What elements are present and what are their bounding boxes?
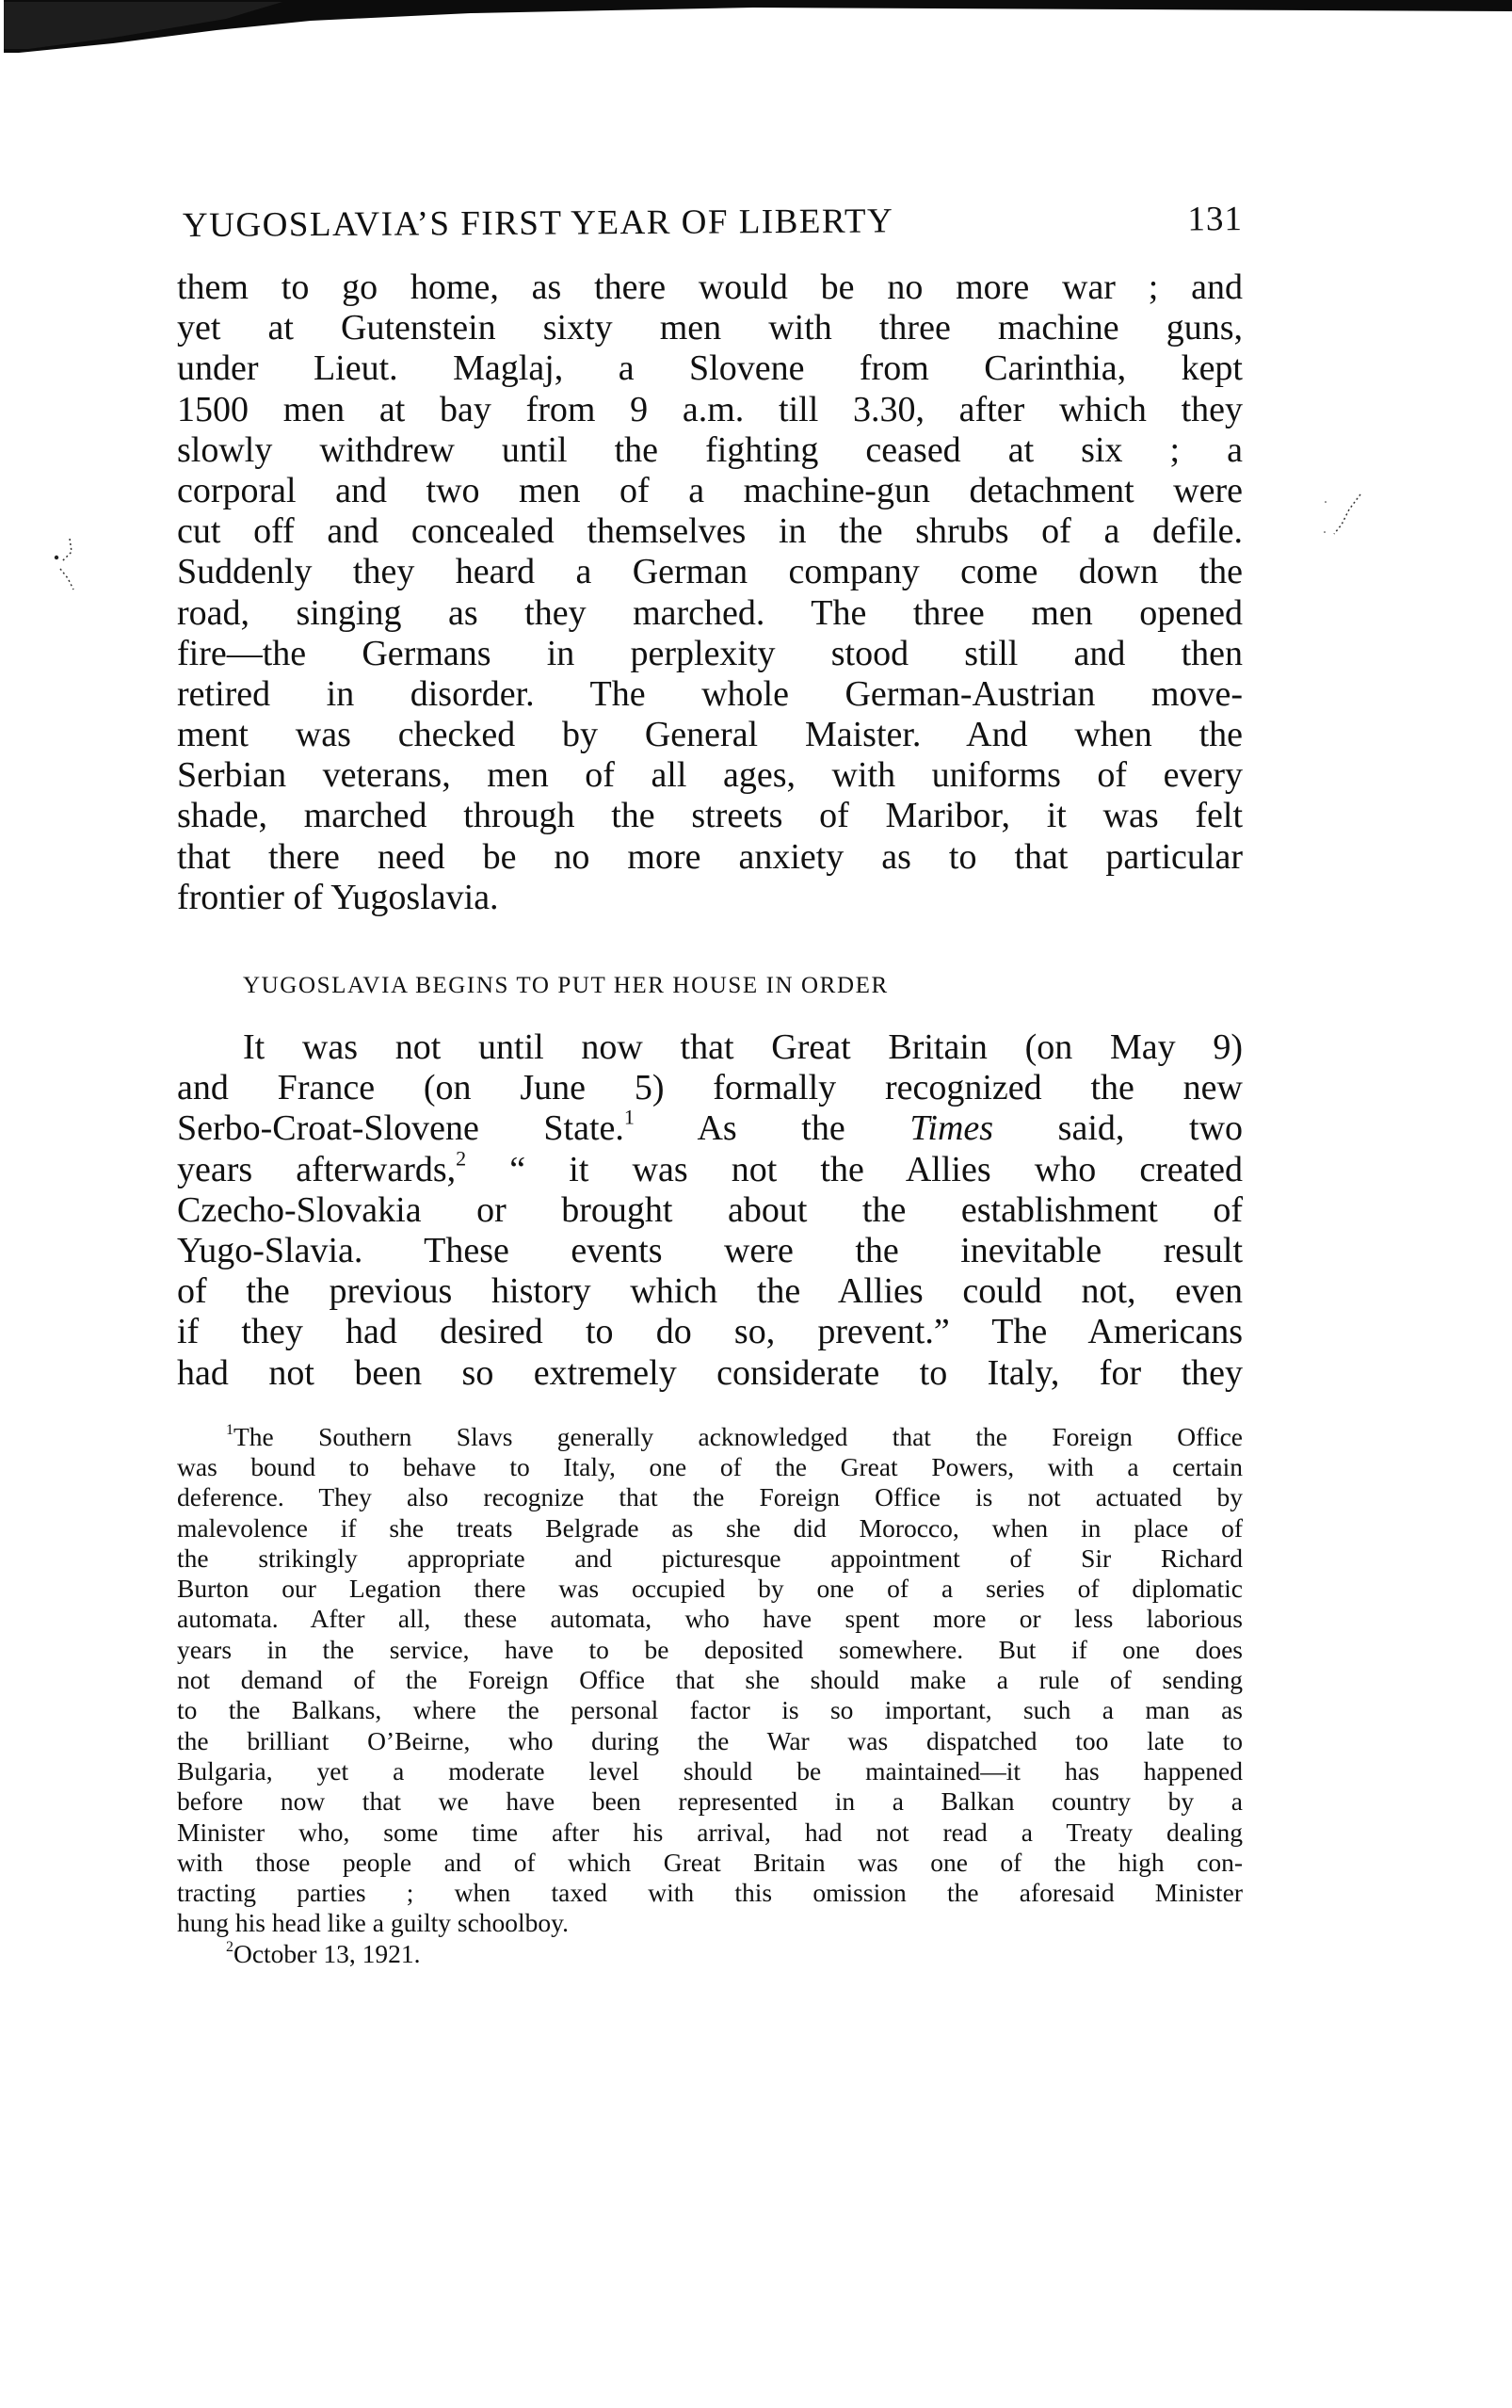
footnote-line: years in the service, have to be deposit… <box>177 1635 1243 1665</box>
footnote-line: automata. After all, these automata, who… <box>177 1604 1243 1634</box>
text-line: that there need be no more anxiety as to… <box>177 837 1243 878</box>
text-run: Serbo-Croat-Slovene State. <box>177 1108 624 1148</box>
footnote-line: deference. They also recognize that the … <box>177 1482 1243 1512</box>
text-line: Yugo-Slavia. These events were the inevi… <box>177 1231 1243 1271</box>
italic-title-times: Times <box>909 1108 993 1148</box>
text-line: retired in disorder. The whole German-Au… <box>177 674 1243 715</box>
text-run: said, two <box>993 1108 1243 1148</box>
text-line: years afterwards,2 “ it was not the Alli… <box>177 1150 1243 1190</box>
text-run: The Southern Slavs generally acknowledge… <box>233 1422 1243 1451</box>
footnotes: 1The Southern Slavs generally acknowledg… <box>177 1422 1243 1969</box>
footnote-2: 2October 13, 1921. <box>177 1939 1243 1969</box>
text-line: 1500 men at bay from 9 a.m. till 3.30, a… <box>177 390 1243 430</box>
footnote-1: 1The Southern Slavs generally acknowledg… <box>177 1422 1243 1939</box>
footnote-marker-2: 2 <box>226 1939 233 1955</box>
footnote-line: hung his head like a guilty schoolboy. <box>177 1908 1243 1938</box>
footnote-line: Bulgaria, yet a moderate level should be… <box>177 1756 1243 1786</box>
text-line: and France (on June 5) formally recogniz… <box>177 1068 1243 1108</box>
footnote-line: the brilliant O’Beirne, who during the W… <box>177 1726 1243 1756</box>
footnote-line: to the Balkans, where the personal facto… <box>177 1695 1243 1725</box>
text-line: Serbian veterans, men of all ages, with … <box>177 755 1243 796</box>
text-run: As the <box>635 1108 909 1148</box>
text-line: yet at Gutenstein sixty men with three m… <box>177 308 1243 348</box>
text-line: road, singing as they marched. The three… <box>177 593 1243 634</box>
scan-shadow-edge <box>0 0 1512 57</box>
paragraph-1: them to go home, as there would be no mo… <box>177 267 1243 918</box>
footnote-line: Burton our Legation there was occupied b… <box>177 1574 1243 1604</box>
text-line: Czecho-Slovakia or brought about the est… <box>177 1190 1243 1231</box>
footnote-line: the strikingly appropriate and picturesq… <box>177 1543 1243 1574</box>
text-line: cut off and concealed themselves in the … <box>177 511 1243 552</box>
text-run: years afterwards, <box>177 1150 456 1189</box>
book-page: YUGOSLAVIA’S FIRST YEAR OF LIBERTY 131 t… <box>177 205 1243 1969</box>
section-heading: YUGOSLAVIA BEGINS TO PUT HER HOUSE IN OR… <box>243 967 1243 1005</box>
footnote-line: with those people and of which Great Bri… <box>177 1848 1243 1878</box>
text-line: fire—the Germans in perplexity stood sti… <box>177 634 1243 674</box>
text-line: ment was checked by General Maister. And… <box>177 715 1243 755</box>
text-line: It was not until now that Great Britain … <box>177 1027 1243 1068</box>
footnote-line: malevolence if she treats Belgrade as sh… <box>177 1513 1243 1543</box>
paragraph-2: It was not until now that Great Britain … <box>177 1027 1243 1394</box>
text-line: them to go home, as there would be no mo… <box>177 267 1243 308</box>
text-line: slowly withdrew until the fighting cease… <box>177 430 1243 471</box>
footnote-line: was bound to behave to Italy, one of the… <box>177 1452 1243 1482</box>
running-header: YUGOSLAVIA’S FIRST YEAR OF LIBERTY 131 <box>183 199 1243 258</box>
footnote-line: before now that we have been represented… <box>177 1786 1243 1817</box>
footnote-text: October 13, 1921. <box>233 1939 421 1968</box>
text-line: frontier of Yugoslavia. <box>177 878 1243 918</box>
footnote-line: not demand of the Foreign Office that sh… <box>177 1665 1243 1695</box>
text-line: Serbo-Croat-Slovene State.1 As the Times… <box>177 1108 1243 1149</box>
right-margin-pencil-mark <box>1323 476 1370 541</box>
text-line: Suddenly they heard a German company com… <box>177 552 1243 592</box>
left-margin-pencil-mark <box>49 527 87 593</box>
footnote-line: Minister who, some time after his arriva… <box>177 1818 1243 1848</box>
text-line: if they had desired to do so, prevent.” … <box>177 1312 1243 1352</box>
footnote-ref-2[interactable]: 2 <box>456 1146 466 1170</box>
text-line: corporal and two men of a machine-gun de… <box>177 471 1243 511</box>
page-number: 131 <box>1187 199 1243 239</box>
footnote-line: 1The Southern Slavs generally acknowledg… <box>177 1422 1243 1452</box>
text-run: “ it was not the Allies who created <box>466 1150 1243 1189</box>
footnote-marker-1: 1 <box>226 1422 233 1438</box>
text-line: shade, marched through the streets of Ma… <box>177 796 1243 836</box>
footnote-line: tracting parties ; when taxed with this … <box>177 1878 1243 1908</box>
footnote-ref-1[interactable]: 1 <box>624 1106 635 1129</box>
running-header-title: YUGOSLAVIA’S FIRST YEAR OF LIBERTY <box>183 201 894 246</box>
text-line: of the previous history which the Allies… <box>177 1271 1243 1312</box>
text-line: had not been so extremely considerate to… <box>177 1353 1243 1394</box>
text-line: under Lieut. Maglaj, a Slovene from Cari… <box>177 348 1243 389</box>
